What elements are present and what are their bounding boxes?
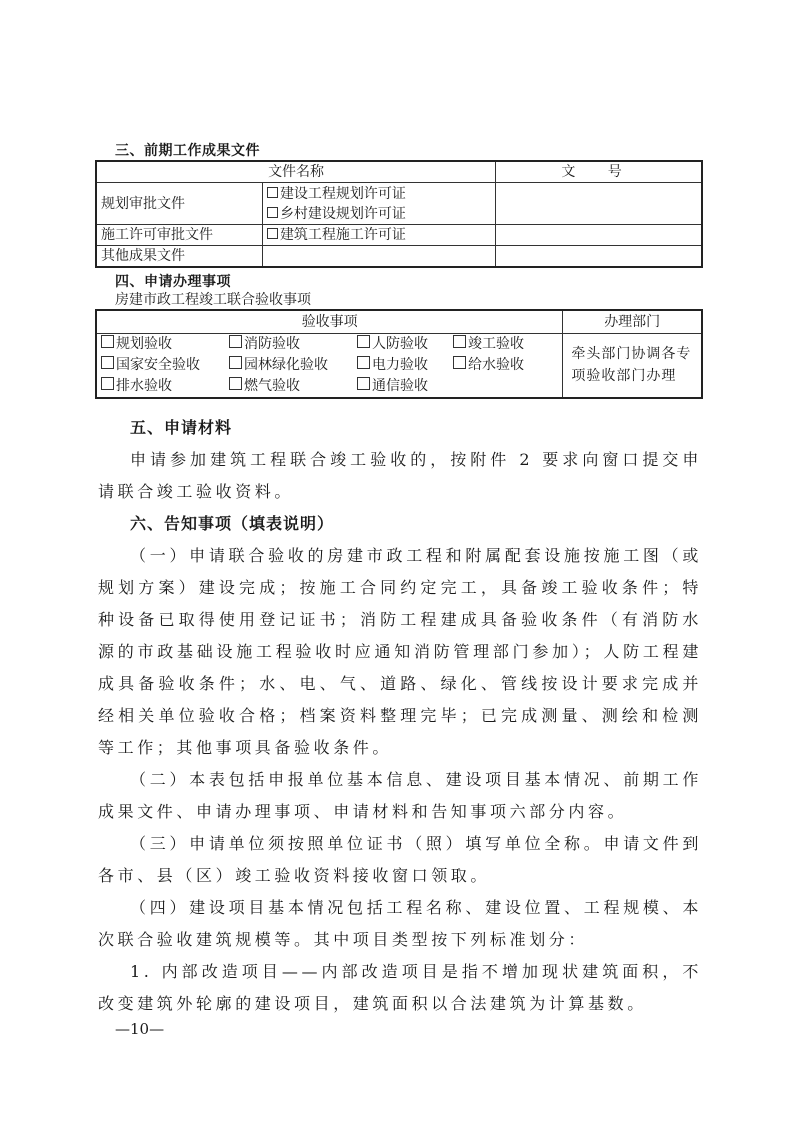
item-planning[interactable]: 规划验收 (101, 334, 229, 355)
checkbox-icon[interactable] (229, 335, 242, 348)
section5-body: 申请参加建筑工程联合竣工验收的，按附件 2 要求向窗口提交申请联合竣工验收资料。 (98, 444, 702, 508)
section4-subtitle: 房建市政工程竣工联合验收事项 (115, 289, 311, 309)
checkbox-icon[interactable] (267, 228, 278, 239)
checkbox-icon[interactable] (357, 377, 370, 390)
doc-no-cell[interactable] (496, 183, 702, 225)
notice-paragraph-3: （三）申请单位须按照单位证书（照）填写单位全称。申请文件到各市、县（区）竣工验收… (98, 828, 702, 892)
item-completion[interactable]: 竣工验收 (453, 334, 553, 355)
checkbox-icon[interactable] (453, 356, 466, 369)
checkbox-icon[interactable] (357, 356, 370, 369)
acceptance-items-table: 验收事项 办理部门 规划验收 消防验收 人防验收 竣工验收 国家安全验收 园林绿… (95, 309, 703, 399)
item-fire[interactable]: 消防验收 (229, 334, 357, 355)
checkbox-icon[interactable] (101, 335, 114, 348)
notice-paragraph-4: （四）建设项目基本情况包括工程名称、建设位置、工程规模、本次联合验收建筑规模等。… (98, 892, 702, 956)
item-national-security[interactable]: 国家安全验收 (101, 355, 229, 376)
doc-no-cell[interactable] (496, 225, 702, 246)
category-other: 其他成果文件 (96, 246, 262, 268)
checkbox-icon[interactable] (229, 377, 242, 390)
file-option[interactable]: 建设工程规划许可证 (267, 184, 491, 204)
checkbox-icon[interactable] (101, 377, 114, 390)
doc-no-cell[interactable] (496, 246, 702, 268)
header-acceptance-items: 验收事项 (96, 310, 563, 333)
header-file-name: 文件名称 (96, 161, 496, 183)
item-telecom[interactable]: 通信验收 (357, 376, 453, 397)
item-water-supply[interactable]: 给水验收 (453, 355, 553, 376)
checkbox-icon[interactable] (101, 356, 114, 369)
acceptance-items-cell: 规划验收 消防验收 人防验收 竣工验收 国家安全验收 园林绿化验收 电力验收 给… (96, 333, 563, 398)
file-option[interactable]: 建筑工程施工许可证 (267, 225, 491, 245)
section3-title: 三、前期工作成果文件 (115, 140, 260, 160)
checkbox-icon[interactable] (267, 207, 278, 218)
item-power[interactable]: 电力验收 (357, 355, 453, 376)
other-files-cell[interactable] (262, 246, 495, 268)
checkbox-icon[interactable] (267, 187, 278, 198)
construction-files: 建筑工程施工许可证 (262, 225, 495, 246)
checkbox-icon[interactable] (229, 356, 242, 369)
header-doc-no: 文 号 (496, 161, 702, 183)
notice-paragraph-5: 1. 内部改造项目——内部改造项目是指不增加现状建筑面积，不改变建筑外轮廓的建设… (98, 956, 702, 1020)
section6: 六、告知事项（填表说明） （一）申请联合验收的房建市政工程和附属配套设施按施工图… (98, 508, 702, 1020)
section4-title: 四、申请办理事项 (115, 271, 231, 291)
section5: 五、申请材料 申请参加建筑工程联合竣工验收的，按附件 2 要求向窗口提交申请联合… (98, 412, 702, 508)
category-planning: 规划审批文件 (96, 183, 262, 225)
department-cell: 牵头部门协调各专项验收部门办理 (563, 333, 702, 398)
checkbox-icon[interactable] (453, 335, 466, 348)
header-department: 办理部门 (563, 310, 702, 333)
item-gas[interactable]: 燃气验收 (229, 376, 357, 397)
planning-files: 建设工程规划许可证 乡村建设规划许可证 (262, 183, 495, 225)
checkbox-icon[interactable] (357, 335, 370, 348)
item-drainage[interactable]: 排水验收 (101, 376, 229, 397)
category-construction-permit: 施工许可审批文件 (96, 225, 262, 246)
item-civil-defense[interactable]: 人防验收 (357, 334, 453, 355)
notice-paragraph-2: （二）本表包括申报单位基本信息、建设项目基本情况、前期工作成果文件、申请办理事项… (98, 764, 702, 828)
section5-title: 五、申请材料 (98, 412, 702, 444)
item-landscaping[interactable]: 园林绿化验收 (229, 355, 357, 376)
notice-paragraph-1: （一）申请联合验收的房建市政工程和附属配套设施按施工图（或规划方案）建设完成；按… (98, 540, 702, 764)
section6-title: 六、告知事项（填表说明） (98, 508, 702, 540)
prior-documents-table: 文件名称 文 号 规划审批文件 建设工程规划许可证 乡村建设规划许可证 施工许可… (95, 160, 703, 268)
file-option[interactable]: 乡村建设规划许可证 (267, 204, 491, 224)
page-number: —10— (115, 1020, 164, 1038)
